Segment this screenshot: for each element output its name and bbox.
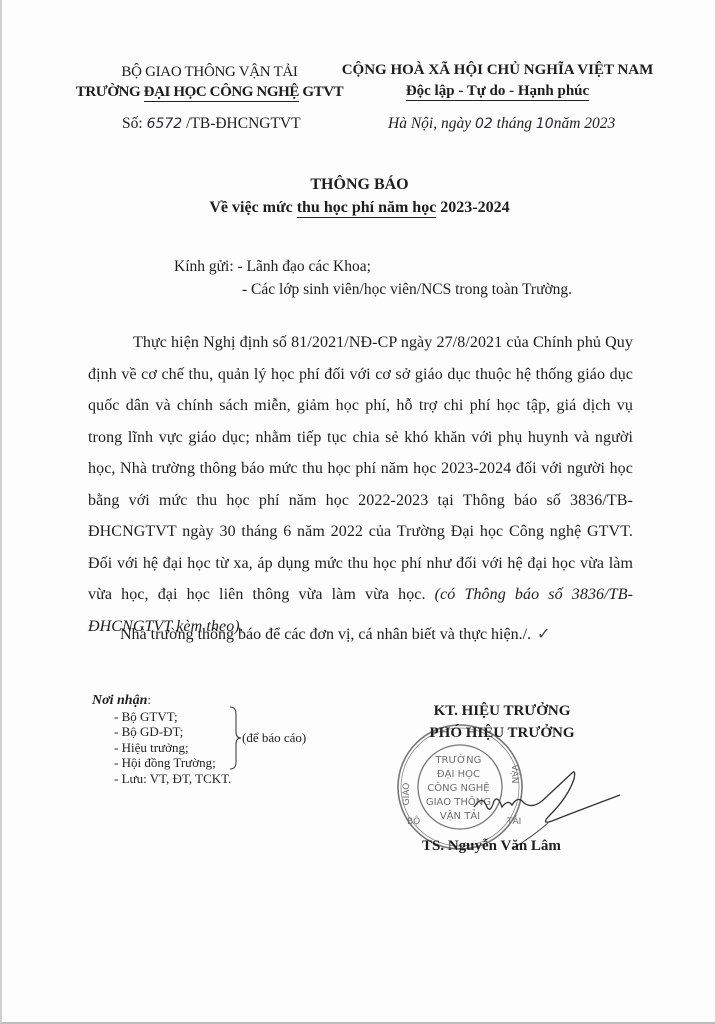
recipient-item: - Lưu: VT, ĐT, TCKT. — [92, 771, 231, 787]
recipient-item: - Bộ GD-ĐT; — [92, 724, 231, 740]
recipient-item: - Hiệu trưởng; — [92, 740, 231, 756]
recipient-item: - Bộ GTVT; — [92, 709, 231, 725]
signature-title-1: KT. HIỆU TRƯỞNG — [402, 700, 602, 722]
document-subject: Về việc mức thu học phí năm học 2023-202… — [2, 199, 715, 217]
body-paragraph: Thực hiện Nghị định số 81/2021/NĐ-CP ngà… — [88, 327, 633, 642]
recipients-list: Nơi nhận: - Bộ GTVT; - Bộ GD-ĐT; - Hiệu … — [92, 692, 231, 786]
national-motto: Độc lập - Tự do - Hạnh phúc — [406, 83, 589, 101]
signer-name: TS. Nguyễn Văn Lâm — [422, 838, 561, 855]
recipient-item: - Hội đồng Trường; — [92, 755, 231, 771]
svg-text:GIAO: GIAO — [402, 783, 412, 806]
handwritten-month: 10 — [536, 116, 554, 132]
curly-brace-icon — [228, 706, 242, 770]
document-page: BỘ GIAO THÔNG VẬN TẢI TRƯỜNG ĐẠI HỌC CÔN… — [0, 0, 715, 1024]
greeting-line-1: Kính gửi: - Lãnh đạo các Khoa; — [174, 258, 371, 276]
recipients-label: Nơi nhận — [92, 693, 147, 708]
handwritten-number: 6572 — [147, 116, 183, 132]
handwritten-day: 02 — [475, 116, 493, 132]
svg-text:BỘ: BỘ — [407, 815, 420, 827]
signature-title-2: PHÓ HIỆU TRƯỞNG — [402, 722, 602, 744]
signature-block: KT. HIỆU TRƯỞNG PHÓ HIỆU TRƯỞNG — [402, 700, 602, 744]
document-title: THÔNG BÁO — [2, 176, 715, 194]
document-number: Số: 6572 /TB-ĐHCNGTVT — [122, 115, 301, 133]
brace-note: (để báo cáo) — [242, 730, 306, 746]
document-date: Hà Nội, ngày 02 tháng 10năm 2023 — [388, 115, 615, 133]
ministry-name: BỘ GIAO THÔNG VẬN TẢI — [72, 62, 347, 82]
national-header: CỘNG HOÀ XÃ HỘI CHỦ NGHĨA VIỆT NAM Độc l… — [340, 60, 655, 102]
checkmark-icon: ✓ — [537, 624, 550, 643]
closing-sentence: Nhà trường thông báo để các đơn vị, cá n… — [120, 624, 550, 644]
school-name: TRƯỜNG ĐẠI HỌC CÔNG NGHỆ GTVT — [72, 82, 347, 102]
greeting-line-2: - Các lớp sinh viên/học viên/NCS trong t… — [242, 281, 572, 299]
issuer-header: BỘ GIAO THÔNG VẬN TẢI TRƯỜNG ĐẠI HỌC CÔN… — [72, 62, 347, 102]
country-name: CỘNG HOÀ XÃ HỘI CHỦ NGHĨA VIỆT NAM — [340, 60, 655, 81]
